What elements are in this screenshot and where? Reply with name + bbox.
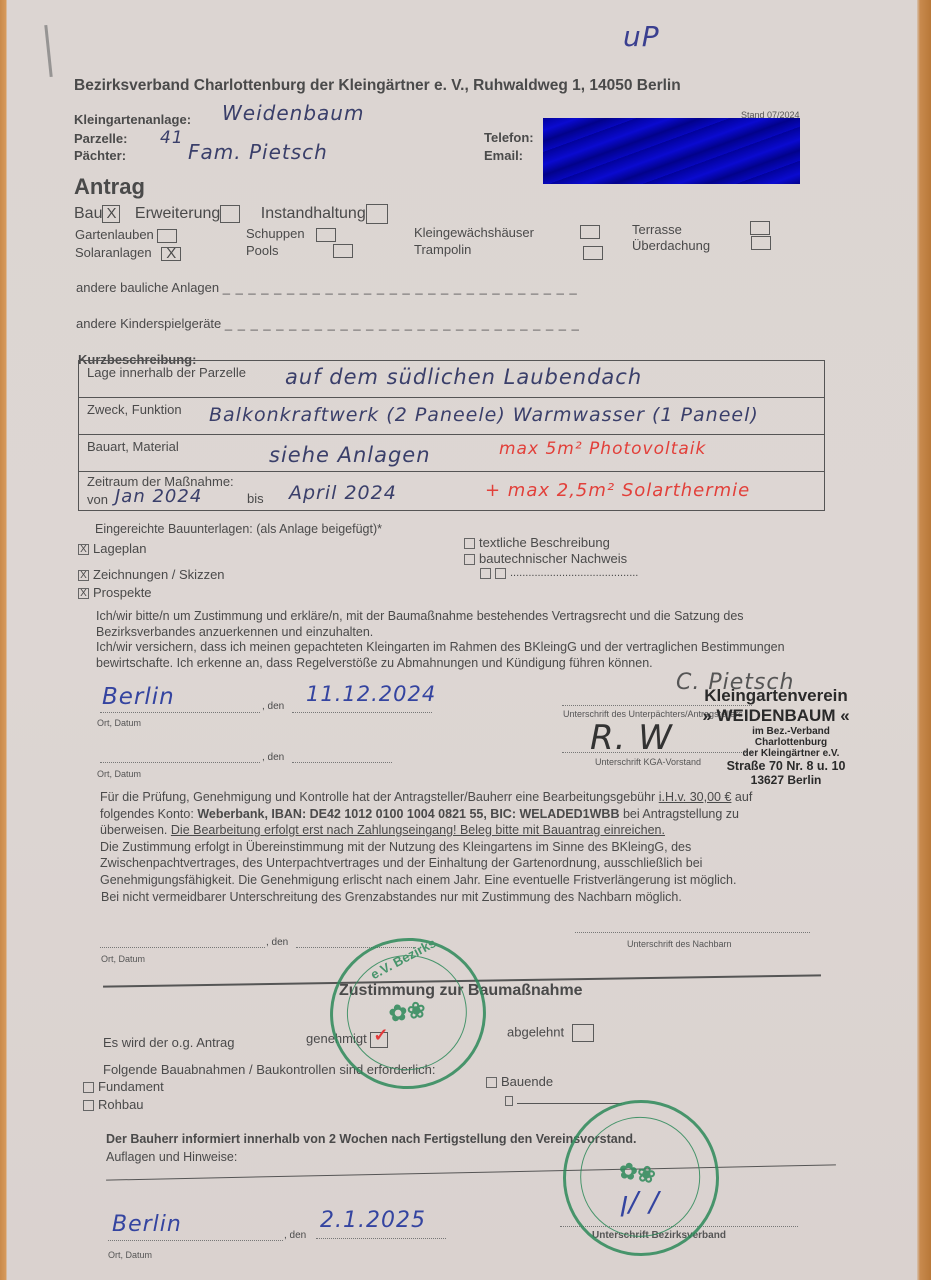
bauart-annotation: max 5m² Photovoltaik bbox=[499, 439, 706, 459]
antrag-type-row: BauX Erweiterung Instandhaltung bbox=[74, 204, 388, 224]
unterlage-bautechnischer-nachweis[interactable]: bautechnischer Nachweis bbox=[464, 551, 627, 566]
unterlage-zeichnungen[interactable]: XZeichnungen / Skizzen bbox=[78, 567, 225, 582]
object-kleingewaechshaeuser[interactable]: Kleingewächshäuser bbox=[414, 225, 534, 240]
abnahme-fundament[interactable]: Fundament bbox=[83, 1079, 164, 1094]
abnahme-rohbau[interactable]: Rohbau bbox=[83, 1097, 144, 1112]
zeitraum-annotation: + max 2,5m² Solarthermie bbox=[485, 480, 750, 501]
object-pools[interactable]: Pools bbox=[246, 243, 279, 258]
bauart-value[interactable]: siehe Anlagen bbox=[269, 443, 431, 467]
checkbox-bau-checked[interactable]: X bbox=[102, 205, 120, 223]
auflagen-label: Auflagen und Hinweise: bbox=[106, 1150, 237, 1164]
abnahme-sonstiges[interactable] bbox=[505, 1092, 622, 1107]
object-terrasse[interactable]: Terrasse bbox=[632, 222, 682, 237]
checkbox-ueberdachung[interactable] bbox=[751, 236, 771, 250]
row-lage: Lage innerhalb der Parzelle auf dem südl… bbox=[79, 361, 824, 398]
checkbox-gartenlauben[interactable] bbox=[157, 229, 177, 243]
bank-details: Weberbank, IBAN: DE42 1012 0100 1004 082… bbox=[197, 807, 619, 821]
object-gartenlauben[interactable]: Gartenlauben bbox=[75, 227, 177, 243]
lage-value[interactable]: auf dem südlichen Laubendach bbox=[285, 365, 642, 389]
type-bau[interactable]: BauX bbox=[74, 205, 120, 222]
ort-value-1[interactable]: Berlin bbox=[102, 684, 175, 710]
verein-stamp: Kleingartenverein » WEIDENBAUM « im Bez.… bbox=[686, 686, 866, 787]
type-instandhaltung[interactable]: Instandhaltung bbox=[261, 205, 388, 222]
grenzabstand-note: Bei nicht vermeidbarer Unterschreitung d… bbox=[101, 890, 682, 904]
row-zeitraum: Zeitraum der Maßnahme: von Jan 2024 bis … bbox=[79, 472, 824, 510]
unterlage-lageplan[interactable]: XLageplan bbox=[78, 541, 147, 556]
row-zweck: Zweck, Funktion Balkonkraftwerk (2 Panee… bbox=[79, 398, 824, 435]
ort-value-2[interactable]: Berlin bbox=[112, 1212, 182, 1237]
organization-header: Bezirksverband Charlottenburg der Kleing… bbox=[74, 77, 681, 95]
andere-bauliche-anlagen[interactable]: andere bauliche Anlagen _ _ _ _ _ _ _ _ … bbox=[76, 280, 578, 295]
zustimmung-conditions: Die Zustimmung erfolgt in Übereinstimmun… bbox=[100, 840, 736, 887]
declaration-p1: Ich/wir bitte/n um Zustimmung und erklär… bbox=[96, 608, 836, 640]
abgelehnt-option[interactable]: abgelehnt bbox=[507, 1024, 594, 1042]
von-value[interactable]: Jan 2024 bbox=[115, 486, 202, 507]
abnahme-bauende[interactable]: Bauende bbox=[486, 1074, 553, 1089]
redacted-contact-block bbox=[543, 118, 800, 184]
checkbox-schuppen[interactable] bbox=[316, 228, 336, 242]
checkbox-erweiterung[interactable] bbox=[220, 205, 240, 223]
paechter-value[interactable]: Fam. Pietsch bbox=[188, 140, 328, 164]
datum-value-1[interactable]: 11.12.2024 bbox=[306, 682, 436, 706]
kleingartenanlage-value[interactable]: Weidenbaum bbox=[222, 101, 364, 125]
sig-kga-hand: R. W bbox=[590, 718, 673, 758]
unterlagen-title: Eingereichte Bauunterlagen: (als Anlage … bbox=[95, 522, 382, 536]
unterlage-prospekte[interactable]: XProspekte bbox=[78, 585, 152, 600]
kurzbeschreibung-table: Lage innerhalb der Parzelle auf dem südl… bbox=[78, 360, 825, 511]
kleingartenanlage-label: Kleingartenanlage: bbox=[74, 112, 191, 127]
checkbox-terrasse[interactable] bbox=[750, 221, 770, 235]
bis-value[interactable]: April 2024 bbox=[289, 482, 397, 504]
parzelle-label: Parzelle: bbox=[74, 131, 127, 146]
checkbox-trampolin[interactable] bbox=[583, 246, 603, 260]
type-erweiterung[interactable]: Erweiterung bbox=[135, 205, 240, 222]
handwritten-code: uP bbox=[623, 20, 660, 53]
object-ueberdachung[interactable]: Überdachung bbox=[632, 238, 710, 253]
object-trampolin[interactable]: Trampolin bbox=[414, 242, 471, 257]
bauherr-info: Der Bauherr informiert innerhalb von 2 W… bbox=[106, 1132, 636, 1146]
email-label: Email: bbox=[484, 148, 523, 163]
row-bauart: Bauart, Material siehe Anlagen max 5m² P… bbox=[79, 435, 824, 472]
nachbar-sig-label: Unterschrift des Nachbarn bbox=[627, 939, 732, 949]
checkbox-kleingewaechshaeuser[interactable] bbox=[580, 225, 600, 239]
object-schuppen[interactable]: Schuppen bbox=[246, 226, 336, 242]
andere-kinderspielgeraete[interactable]: andere Kinderspielgeräte _ _ _ _ _ _ _ _… bbox=[76, 316, 580, 331]
zweck-value[interactable]: Balkonkraftwerk (2 Paneele) Warmwasser (… bbox=[209, 404, 759, 426]
telefon-label: Telefon: bbox=[484, 130, 534, 145]
unterlage-textliche-beschreibung[interactable]: textliche Beschreibung bbox=[464, 535, 610, 550]
object-solaranlagen[interactable]: Solaranlagen X bbox=[75, 245, 181, 261]
payment-note: Die Bearbeitung erfolgt erst nach Zahlun… bbox=[171, 823, 665, 837]
declaration-p2: Ich/wir versichern, dass ich meinen gepa… bbox=[96, 639, 831, 671]
checkbox-instandhaltung[interactable] bbox=[366, 204, 388, 224]
checkbox-pools[interactable] bbox=[333, 244, 353, 258]
unterlage-sonstiges[interactable]: ........................................… bbox=[480, 567, 638, 579]
fees-block: Für die Prüfung, Genehmigung und Kontrol… bbox=[100, 789, 830, 888]
parzelle-value[interactable]: 41 bbox=[160, 128, 184, 148]
checkbox-abgelehnt[interactable] bbox=[572, 1024, 594, 1042]
paechter-label: Pächter: bbox=[74, 148, 126, 163]
checkbox-solaranlagen-checked[interactable]: X bbox=[161, 247, 181, 261]
antrag-title: Antrag bbox=[74, 174, 145, 200]
datum-value-2[interactable]: 2.1.2025 bbox=[320, 1208, 426, 1233]
